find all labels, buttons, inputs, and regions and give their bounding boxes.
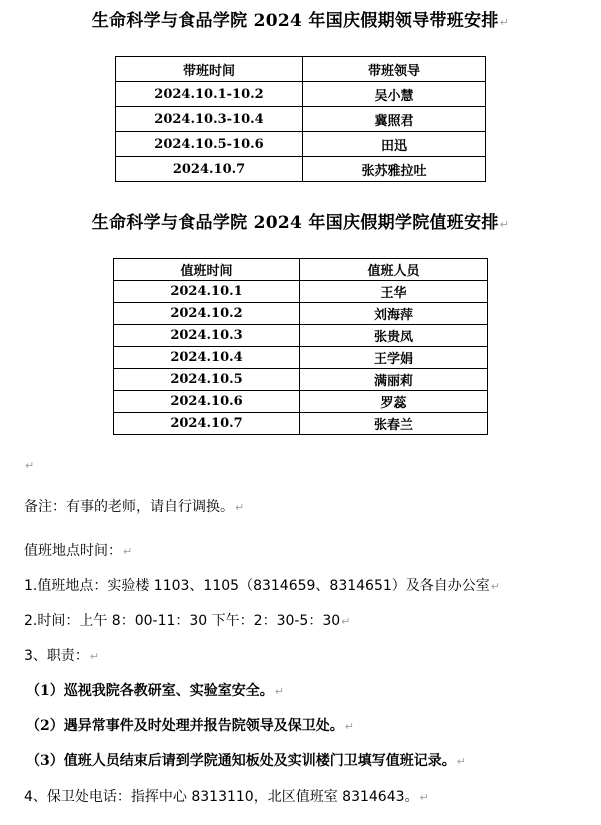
time-item: 2.时间：上午 8：00-11：30 下午：2：30-5：30↵ [24, 610, 350, 630]
table-row: 2024.10.3 张贵凤 [114, 325, 488, 347]
date-cell: 2024.10.1-10.2 [116, 82, 303, 107]
leader-schedule-table: 带班时间 带班领导 2024.10.1-10.2 吴小慧 2024.10.3-1… [115, 56, 486, 182]
location-heading: 值班地点时间：↵ [24, 540, 132, 560]
duty-schedule-title: 生命科学与食品学院 2024 年国庆假期学院值班安排↵ [0, 208, 601, 233]
duties-heading: 3、职责：↵ [24, 645, 99, 665]
date-cell: 2024.10.7 [116, 157, 303, 182]
duty-item: （3）值班人员结束后请到学院通知板处及实训楼门卫填写值班记录。↵ [26, 750, 466, 770]
date-cell: 2024.10.7 [114, 413, 300, 435]
header-cell: 带班时间 [116, 57, 303, 82]
paragraph-mark-icon: ↵ [345, 720, 354, 733]
paragraph-mark-icon: ↵ [457, 755, 466, 768]
date-cell: 2024.10.5 [114, 369, 300, 391]
date-cell: 2024.10.3-10.4 [116, 107, 303, 132]
table-row: 2024.10.5 满丽莉 [114, 369, 488, 391]
paragraph-mark-icon: ↵ [235, 501, 244, 514]
leader-cell: 田迅 [303, 132, 486, 157]
table-row: 2024.10.1-10.2 吴小慧 [116, 82, 486, 107]
paragraph-mark-icon: ↵ [123, 545, 132, 558]
table-row: 2024.10.7 张春兰 [114, 413, 488, 435]
staff-cell: 张春兰 [300, 413, 488, 435]
table-row: 2024.10.4 王学娟 [114, 347, 488, 369]
table-row: 2024.10.3-10.4 冀照君 [116, 107, 486, 132]
paragraph-mark-icon: ↵ [500, 16, 510, 29]
remark-text: 备注：有事的老师，请自行调换。↵ [24, 496, 244, 516]
paragraph-mark-icon: ↵ [275, 685, 284, 698]
table-row: 2024.10.1 王华 [114, 281, 488, 303]
staff-cell: 刘海萍 [300, 303, 488, 325]
date-cell: 2024.10.2 [114, 303, 300, 325]
duty-item: （2）遇异常事件及时处理并报告院领导及保卫处。↵ [26, 715, 354, 735]
security-phone-item: 4、保卫处电话：指挥中心 8313110，北区值班室 8314643。↵ [24, 786, 429, 806]
leader-schedule-title: 生命科学与食品学院 2024 年国庆假期领导带班安排↵ [0, 6, 601, 31]
leader-cell: 吴小慧 [303, 82, 486, 107]
table-header-row: 值班时间 值班人员 [114, 259, 488, 281]
location-item: 1.值班地点：实验楼 1103、1105（8314659、8314651）及各自… [24, 575, 500, 595]
empty-paragraph: ↵ [24, 457, 34, 473]
header-cell: 值班时间 [114, 259, 300, 281]
duty-schedule-table: 值班时间 值班人员 2024.10.1 王华 2024.10.2 刘海萍 202… [113, 258, 488, 435]
staff-cell: 王华 [300, 281, 488, 303]
paragraph-mark-icon: ↵ [90, 650, 99, 663]
date-cell: 2024.10.1 [114, 281, 300, 303]
paragraph-mark-icon: ↵ [500, 218, 510, 231]
date-cell: 2024.10.3 [114, 325, 300, 347]
paragraph-mark-icon: ↵ [341, 615, 350, 628]
table-row: 2024.10.7 张苏雅拉吐 [116, 157, 486, 182]
duty-item: （1）巡视我院各教研室、实验室安全。↵ [26, 680, 284, 700]
table-row: 2024.10.2 刘海萍 [114, 303, 488, 325]
table-row: 2024.10.5-10.6 田迅 [116, 132, 486, 157]
leader-cell: 冀照君 [303, 107, 486, 132]
date-cell: 2024.10.5-10.6 [116, 132, 303, 157]
paragraph-mark-icon: ↵ [491, 580, 500, 593]
leader-cell: 张苏雅拉吐 [303, 157, 486, 182]
table-row: 2024.10.6 罗蕊 [114, 391, 488, 413]
header-cell: 带班领导 [303, 57, 486, 82]
paragraph-mark-icon: ↵ [25, 459, 34, 472]
table-header-row: 带班时间 带班领导 [116, 57, 486, 82]
paragraph-mark-icon: ↵ [420, 791, 429, 804]
staff-cell: 王学娟 [300, 347, 488, 369]
staff-cell: 满丽莉 [300, 369, 488, 391]
staff-cell: 张贵凤 [300, 325, 488, 347]
date-cell: 2024.10.4 [114, 347, 300, 369]
header-cell: 值班人员 [300, 259, 488, 281]
date-cell: 2024.10.6 [114, 391, 300, 413]
staff-cell: 罗蕊 [300, 391, 488, 413]
